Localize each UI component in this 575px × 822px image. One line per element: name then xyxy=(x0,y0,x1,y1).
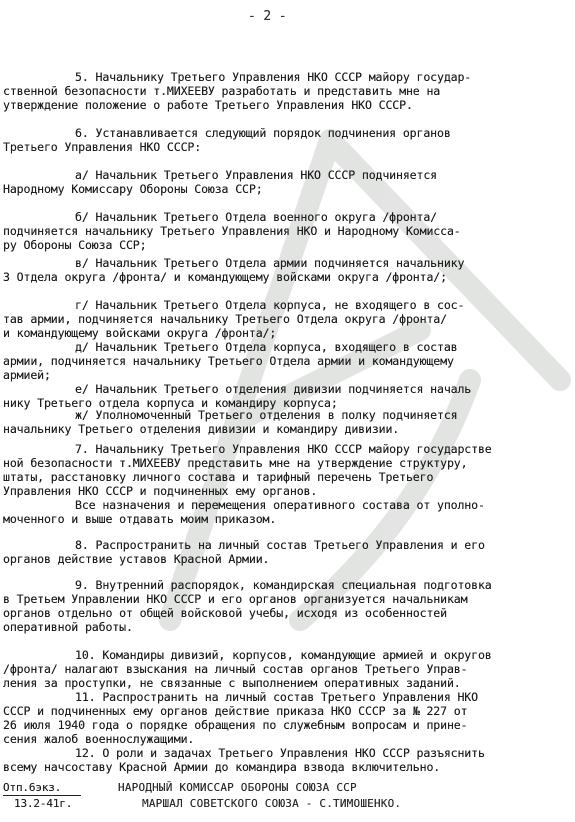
paragraph-4-line: подчиняется начальнику Третьего Управлен… xyxy=(3,224,461,238)
paragraph-12-line: 11. Распространить на личный состав Трет… xyxy=(75,690,478,704)
copies-underline xyxy=(3,795,81,796)
paragraph-9-line: ной безопасности т.МИХЕЕВУ представить м… xyxy=(3,456,467,470)
paragraph-4-line: б/ Начальник Третьего Отдела военного ок… xyxy=(75,210,437,224)
paragraph-7-line: д/ Начальник Третьего Отдела корпуса, вх… xyxy=(75,340,457,354)
paragraph-9-line: 7. Начальнику Третьего Управления НКО СС… xyxy=(75,442,492,456)
paragraph-1-line: 5. Начальнику Третьего Управления НКО СС… xyxy=(75,70,471,84)
paragraph-3-line: а/ Начальник Третьего Управления НКО ССС… xyxy=(75,168,437,182)
paragraph-2-line: 6. Устанавливается следующий порядок под… xyxy=(75,126,451,140)
paragraph-7-line: армии, подчиняется начальнику Третьего О… xyxy=(3,354,454,368)
paragraph-12-line: ления за проступки, не связанные с выпол… xyxy=(3,676,461,690)
paragraph-1-line: утверждение положение о работе Третьего … xyxy=(3,98,413,112)
paragraph-12-line: сения жалоб военнослужащими. xyxy=(3,732,194,746)
paragraph-11-line: в Третьем Управлении НКО СССР и его орга… xyxy=(3,592,467,606)
paragraph-7-line: е/ Начальник Третьего отделения дивизии … xyxy=(75,382,471,396)
paragraph-9-line: штаты, расстановку личного состава и тар… xyxy=(3,470,433,484)
copies-note: Отп.6экз. xyxy=(3,781,61,795)
signature-title: НАРОДНЫЙ КОМИССАР ОБОРОНЫ СОЮЗА ССР xyxy=(118,781,357,795)
paragraph-11-line: 9. Внутренний распорядок, командирская с… xyxy=(75,578,492,592)
paragraph-9-line: Управления НКО СССР и подчиненных ему ор… xyxy=(3,484,317,498)
paragraph-12-line: 26 июля 1940 года о порядке обращения по… xyxy=(3,718,467,732)
paragraph-2-line: Третьего Управления НКО СССР: xyxy=(3,140,201,154)
paragraph-11-line: оперативной работы. xyxy=(3,620,133,634)
paragraph-5-line: в/ Начальник Третьего Отдела армии подчи… xyxy=(75,256,464,270)
paragraph-12-line: СССР и подчиненных ему органов действие … xyxy=(3,704,467,718)
paragraph-6-line: и командующему войсками округа /фронта/; xyxy=(3,326,276,340)
paragraph-5-line: 3 Отдела округа /фронта/ и командующему … xyxy=(3,270,447,284)
paragraph-1-line: ственной безопасности т.МИХЕЕВУ разработ… xyxy=(3,84,440,98)
page-number: - 2 - xyxy=(248,10,286,24)
paragraph-9-line: моченного и выше отдавать моим приказом. xyxy=(3,512,276,526)
paragraph-12-line: /фронта/ налагают взыскания на личный со… xyxy=(3,662,467,676)
paragraph-6-line: тав армии, подчиняется начальнику Третье… xyxy=(3,312,447,326)
paragraph-6-line: г/ Начальник Третьего Отдела корпуса, не… xyxy=(75,298,464,312)
paragraph-11-line: органов отдельно от общей войсковой учеб… xyxy=(3,606,447,620)
paragraph-12-line: всему начсоставу Красной Армии до команд… xyxy=(3,760,440,774)
paragraph-3-line: Народному Комиссару Обороны Союза ССР; xyxy=(3,182,263,196)
signature-name: МАРШАЛ СОВЕТСКОГО СОЮЗА - С.ТИМОШЕНКО. xyxy=(142,797,401,811)
date-note: 13.2-41г. xyxy=(14,797,72,811)
paragraph-12-line: 10. Командиры дивизий, корпусов, команду… xyxy=(75,648,492,662)
paragraph-12-line: 12. О роли и задачах Третьего Управления… xyxy=(75,746,485,760)
paragraph-10-line: органов действие уставов Красной Армии. xyxy=(3,552,269,566)
paragraph-10-line: 8. Распространить на личный состав Треть… xyxy=(75,538,485,552)
paragraph-8-line: начальнику Третьего отделения дивизии и … xyxy=(3,422,399,436)
paragraph-7-line: армией; xyxy=(3,368,51,382)
paragraph-9-line: Все назначения и перемещения оперативног… xyxy=(75,498,485,512)
document-page: - 2 - 5. Начальнику Третьего Управления … xyxy=(0,0,575,822)
paragraph-8-line: ж/ Уполномоченный Третьего отделения в п… xyxy=(75,408,457,422)
paragraph-4-line: ру Обороны Союза ССР; xyxy=(3,238,146,252)
